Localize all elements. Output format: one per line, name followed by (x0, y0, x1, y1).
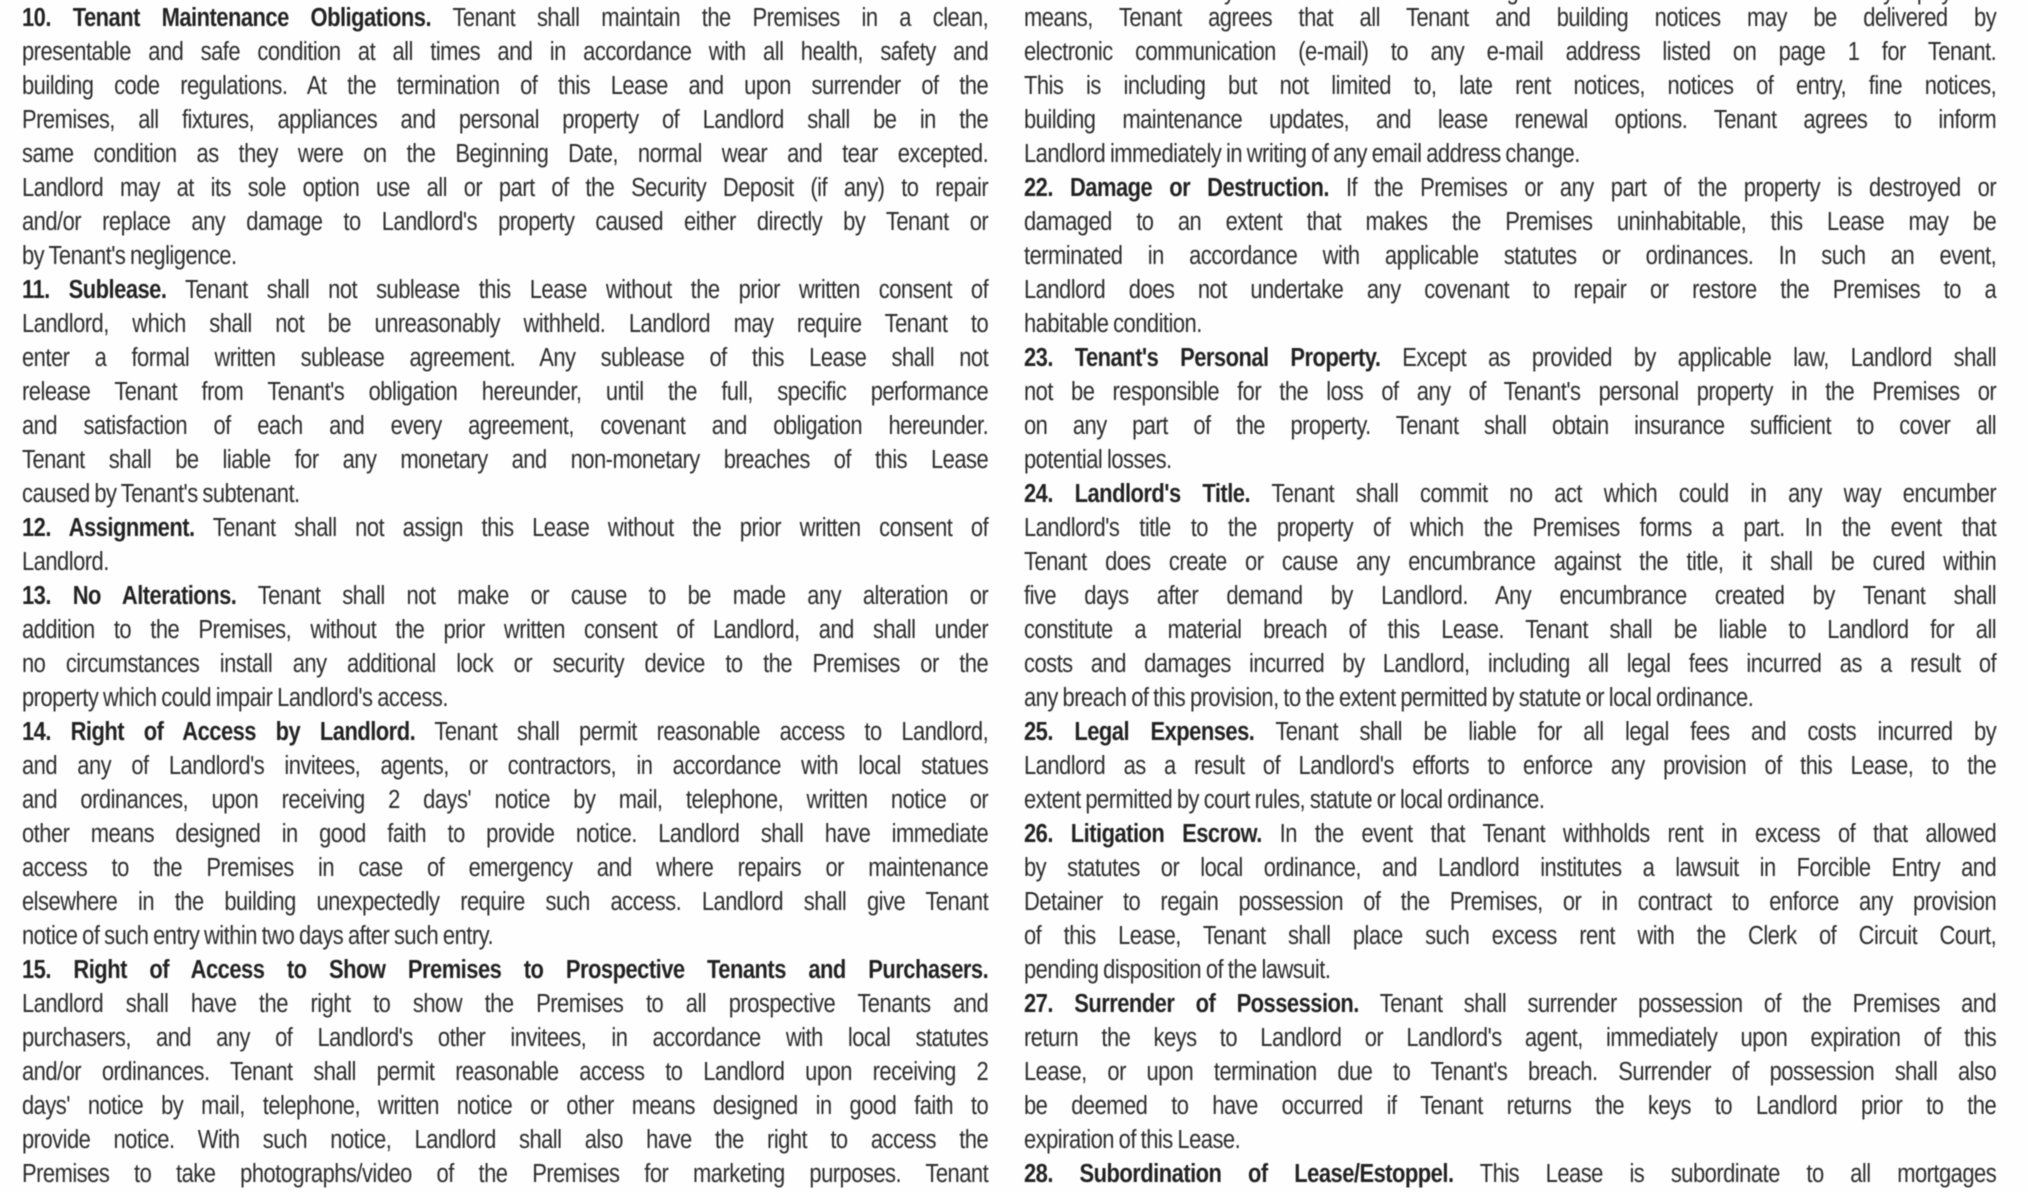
clause-heading: 15. Right of Access to Show Premises to … (22, 956, 988, 984)
clause-text: Tenant shall surrender possession of the… (1359, 990, 1996, 1018)
clause-text-line: by statutes or local ordinance, and Land… (1024, 851, 1996, 885)
clause-text: Landlord. (22, 548, 109, 576)
clause-text: by Tenant's negligence. (22, 242, 237, 270)
clause-text: access to the Premises in case of emerge… (22, 854, 988, 882)
clause-text-line: release Tenant from Tenant's obligation … (22, 375, 988, 409)
clause-text-line: provide notice. With such notice, Landlo… (22, 1123, 988, 1157)
clause-text: Landlord may at its sole option use all … (22, 174, 988, 202)
clause-text: building code regulations. At the termin… (22, 72, 988, 100)
clause-text: means, Tenant agrees that all Tenant and… (1024, 4, 1996, 32)
clause-text-line: Premises to take photographs/video of th… (22, 1157, 988, 1191)
clause-text-line: five days after demand by Landlord. Any … (1024, 579, 1996, 613)
clause-text-line: Landlord's title to the property of whic… (1024, 511, 1996, 545)
clause-text-line: Landlord as a result of Landlord's effor… (1024, 749, 1996, 783)
clause-text-line: Landlord immediately in writing of any e… (1024, 137, 1996, 171)
clause-text: pending disposition of the lawsuit. (1024, 956, 1330, 984)
clause-text-line: Tenant shall be liable for any monetary … (22, 443, 988, 477)
clause-text-line: Tenant does create or cause any encumbra… (1024, 545, 1996, 579)
clause-heading-line: 26. Litigation Escrow. In the event that… (1024, 817, 1996, 851)
clause-text-line: no circumstances install any additional … (22, 647, 988, 681)
clause-heading: 23. Tenant's Personal Property. (1024, 344, 1380, 372)
clause-text: terminated in accordance with applicable… (1024, 242, 1996, 270)
clause-text-line: and/or ordinances. Tenant shall permit r… (22, 1055, 988, 1089)
clause-text: purchasers, and any of Landlord's other … (22, 1024, 988, 1052)
clause-heading-line: 10. Tenant Maintenance Obligations. Tena… (22, 1, 988, 35)
clause-text: be deemed to have occurred if Tenant ret… (1024, 1092, 1996, 1120)
clause-text: any breach of this provision, to the ext… (1024, 684, 1753, 712)
clause-heading: 14. Right of Access by Landlord. (22, 718, 415, 746)
clause-text: Tenant does create or cause any encumbra… (1024, 548, 1996, 576)
clause-text-line: purchasers, and any of Landlord's other … (22, 1021, 988, 1055)
clause-text-line: electronic communication (e-mail) to any… (1024, 35, 1996, 69)
clause-text-line: Landlord. (22, 545, 988, 579)
clause-text: Detainer to regain possession of the Pre… (1024, 888, 1996, 916)
clause-text: addition to the Premises, without the pr… (22, 616, 988, 644)
clause-text-line: and/or replace any damage to Landlord's … (22, 205, 988, 239)
clause-text: and/or ordinances. Tenant shall permit r… (22, 1058, 988, 1086)
clause-text-line: any breach of this provision, to the ext… (1024, 681, 1996, 715)
clause-text: not be responsible for the loss of any o… (1024, 378, 1996, 406)
clause-text: elsewhere in the building unexpectedly r… (22, 888, 988, 916)
clause-text: Tenant shall commit no act which could i… (1250, 480, 1996, 508)
clause-text: release Tenant from Tenant's obligation … (22, 378, 988, 406)
clause-text-line: addition to the Premises, without the pr… (22, 613, 988, 647)
clause-heading: 24. Landlord's Title. (1024, 480, 1250, 508)
clause-text: costs and damages incurred by Landlord, … (1024, 650, 1996, 678)
clause-heading-line: 12. Assignment. Tenant shall not assign … (22, 511, 988, 545)
clause-text-line: means, Tenant agrees that all Tenant and… (1024, 1, 1996, 35)
clause-text: Premises, all fixtures, appliances and p… (22, 106, 988, 134)
clause-text-line: Detainer to regain possession of the Pre… (1024, 885, 1996, 919)
clause-heading-line: 13. No Alterations. Tenant shall not mak… (22, 579, 988, 613)
clause-text: five days after demand by Landlord. Any … (1024, 582, 1996, 610)
clause-text: on any part of the property. Tenant shal… (1024, 412, 1996, 440)
clause-text-line: notice of such entry within two days aft… (22, 919, 988, 953)
clause-text: Tenant shall be liable for all legal fee… (1254, 718, 1996, 746)
clause-text-line: building maintenance updates, and lease … (1024, 103, 1996, 137)
clause-text-line: building code regulations. At the termin… (22, 69, 988, 103)
clause-text: and ordinances, upon receiving 2 days' n… (22, 786, 988, 814)
clause-text-line: be deemed to have occurred if Tenant ret… (1024, 1089, 1996, 1123)
clause-heading: 12. Assignment. (22, 514, 195, 542)
clause-text-line: damaged to an extent that makes the Prem… (1024, 205, 1996, 239)
clause-text-line: Lease, or upon termination due to Tenant… (1024, 1055, 1996, 1089)
clause-text: constitute a material breach of this Lea… (1024, 616, 1996, 644)
clause-text: Except as provided by applicable law, La… (1380, 344, 1996, 372)
clause-text-line: presentable and safe condition at all ti… (22, 35, 988, 69)
clause-text: property which could impair Landlord's a… (22, 684, 448, 712)
clause-heading: 10. Tenant Maintenance Obligations. (22, 4, 431, 32)
clause-text: extent permitted by court rules, statute… (1024, 786, 1544, 814)
clause-text: In the event that Tenant withholds rent … (1262, 820, 1996, 848)
clause-heading-line: 11. Sublease. Tenant shall not sublease … (22, 273, 988, 307)
clause-text: by statutes or local ordinance, and Land… (1024, 854, 1996, 882)
clause-text-line: habitable condition. (1024, 307, 1996, 341)
clause-heading: 11. Sublease. (22, 276, 166, 304)
clause-text: Tenant shall permit reasonable access to… (415, 718, 988, 746)
clause-text: Tenant shall be liable for any monetary … (22, 446, 988, 474)
clause-text-line: and any of Landlord's invitees, agents, … (22, 749, 988, 783)
clause-text: Landlord shall have the right to show th… (22, 990, 988, 1018)
clause-text-line: property which could impair Landlord's a… (22, 681, 988, 715)
clause-text-line: enter a formal written sublease agreemen… (22, 341, 988, 375)
clause-text-line: constitute a material breach of this Lea… (1024, 613, 1996, 647)
clause-text-line: Landlord, which shall not be unreasonabl… (22, 307, 988, 341)
clause-text-line: and satisfaction of each and every agree… (22, 409, 988, 443)
clause-heading-line: 24. Landlord's Title. Tenant shall commi… (1024, 477, 1996, 511)
clause-text-line: potential losses. (1024, 443, 1996, 477)
clause-text: same condition as they were on the Begin… (22, 140, 988, 168)
clause-text-line: extent permitted by court rules, statute… (1024, 783, 1996, 817)
clause-text: of this Lease, Tenant shall place such e… (1024, 922, 1996, 950)
clause-text-line: days' notice by mail, telephone, written… (22, 1089, 988, 1123)
clause-heading-line: 23. Tenant's Personal Property. Except a… (1024, 341, 1996, 375)
clause-text: If the Premises or any part of the prope… (1329, 174, 1996, 202)
clause-heading: 28. Subordination of Lease/Estoppel. (1024, 1160, 1454, 1188)
clause-text: Landlord immediately in writing of any e… (1024, 140, 1580, 168)
clause-text-line: pending disposition of the lawsuit. (1024, 953, 1996, 987)
clause-text-line: Landlord does not undertake any covenant… (1024, 273, 1996, 307)
clause-text-line: access to the Premises in case of emerge… (22, 851, 988, 885)
clause-text: Tenant shall not sublease this Lease wit… (166, 276, 988, 304)
clause-text: and/or replace any damage to Landlord's … (22, 208, 988, 236)
clause-text: building maintenance updates, and lease … (1024, 106, 1996, 134)
clause-text: expiration of this Lease. (1024, 1126, 1240, 1154)
clause-text-line: Premises, all fixtures, appliances and p… (22, 103, 988, 137)
clause-text: Landlord, which shall not be unreasonabl… (22, 310, 988, 338)
clause-heading-line: 15. Right of Access to Show Premises to … (22, 953, 988, 987)
clause-text: Landlord as a result of Landlord's effor… (1024, 752, 1996, 780)
clause-text: Tenant shall not assign this Lease witho… (195, 514, 989, 542)
clause-text: Lease, or upon termination due to Tenant… (1024, 1058, 1996, 1086)
clause-heading-line: 27. Surrender of Possession. Tenant shal… (1024, 987, 1996, 1021)
clause-heading: 22. Damage or Destruction. (1024, 174, 1329, 202)
clause-text-line: of this Lease, Tenant shall place such e… (1024, 919, 1996, 953)
clause-text-line: return the keys to Landlord or Landlord'… (1024, 1021, 1996, 1055)
clause-text: enter a formal written sublease agreemen… (22, 344, 988, 372)
clause-heading: 27. Surrender of Possession. (1024, 990, 1359, 1018)
clause-text-line: and ordinances, upon receiving 2 days' n… (22, 783, 988, 817)
clause-text-line: by Tenant's negligence. (22, 239, 988, 273)
clause-text: days' notice by mail, telephone, written… (22, 1092, 988, 1120)
clause-heading-line: 28. Subordination of Lease/Estoppel. Thi… (1024, 1157, 1996, 1191)
clause-text: habitable condition. (1024, 310, 1202, 338)
clause-text: no circumstances install any additional … (22, 650, 988, 678)
clause-text: caused by Tenant's subtenant. (22, 480, 300, 508)
clause-text-line: Landlord shall have the right to show th… (22, 987, 988, 1021)
clause-text: Premises to take photographs/video of th… (22, 1160, 988, 1188)
clause-text: damaged to an extent that makes the Prem… (1024, 208, 1996, 236)
clause-text: This is including but not limited to, la… (1024, 72, 1996, 100)
clause-text-line: terminated in accordance with applicable… (1024, 239, 1996, 273)
clause-text-line: This is including but not limited to, la… (1024, 69, 1996, 103)
clause-text: Tenant shall not make or cause to be mad… (236, 582, 988, 610)
clause-heading-line: 22. Damage or Destruction. If the Premis… (1024, 171, 1996, 205)
clause-text: return the keys to Landlord or Landlord'… (1024, 1024, 1996, 1052)
clause-text-line: other means designed in good faith to pr… (22, 817, 988, 851)
clause-text: Landlord does not undertake any covenant… (1024, 276, 1996, 304)
clause-text: and satisfaction of each and every agree… (22, 412, 988, 440)
clause-text: potential losses. (1024, 446, 1172, 474)
clause-text-line: on any part of the property. Tenant shal… (1024, 409, 1996, 443)
clause-text: other means designed in good faith to pr… (22, 820, 988, 848)
clause-text: electronic communication (e-mail) to any… (1024, 38, 1996, 66)
clause-heading-line: 14. Right of Access by Landlord. Tenant … (22, 715, 988, 749)
clause-text: and any of Landlord's invitees, agents, … (22, 752, 988, 780)
clause-text: provide notice. With such notice, Landlo… (22, 1126, 988, 1154)
clause-heading-line: 25. Legal Expenses. Tenant shall be liab… (1024, 715, 1996, 749)
lease-document-page: 10. Tenant Maintenance Obligations. Tena… (0, 0, 2028, 1192)
clause-text-line: Landlord may at its sole option use all … (22, 171, 988, 205)
clause-heading: 25. Legal Expenses. (1024, 718, 1254, 746)
clause-text-line: elsewhere in the building unexpectedly r… (22, 885, 988, 919)
clause-text: presentable and safe condition at all ti… (22, 38, 988, 66)
clause-text: notice of such entry within two days aft… (22, 922, 493, 950)
clause-text: This Lease is subordinate to all mortgag… (1454, 1160, 1997, 1188)
clause-text-line: expiration of this Lease. (1024, 1123, 1996, 1157)
clause-heading: 26. Litigation Escrow. (1024, 820, 1262, 848)
clause-text-line: same condition as they were on the Begin… (22, 137, 988, 171)
clause-text-line: caused by Tenant's subtenant. (22, 477, 988, 511)
clause-text-line: costs and damages incurred by Landlord, … (1024, 647, 1996, 681)
clause-text: Tenant shall maintain the Premises in a … (431, 4, 988, 32)
clause-text-line: not be responsible for the loss of any o… (1024, 375, 1996, 409)
clause-heading: 13. No Alterations. (22, 582, 236, 610)
clause-text: Landlord's title to the property of whic… (1024, 514, 1996, 542)
